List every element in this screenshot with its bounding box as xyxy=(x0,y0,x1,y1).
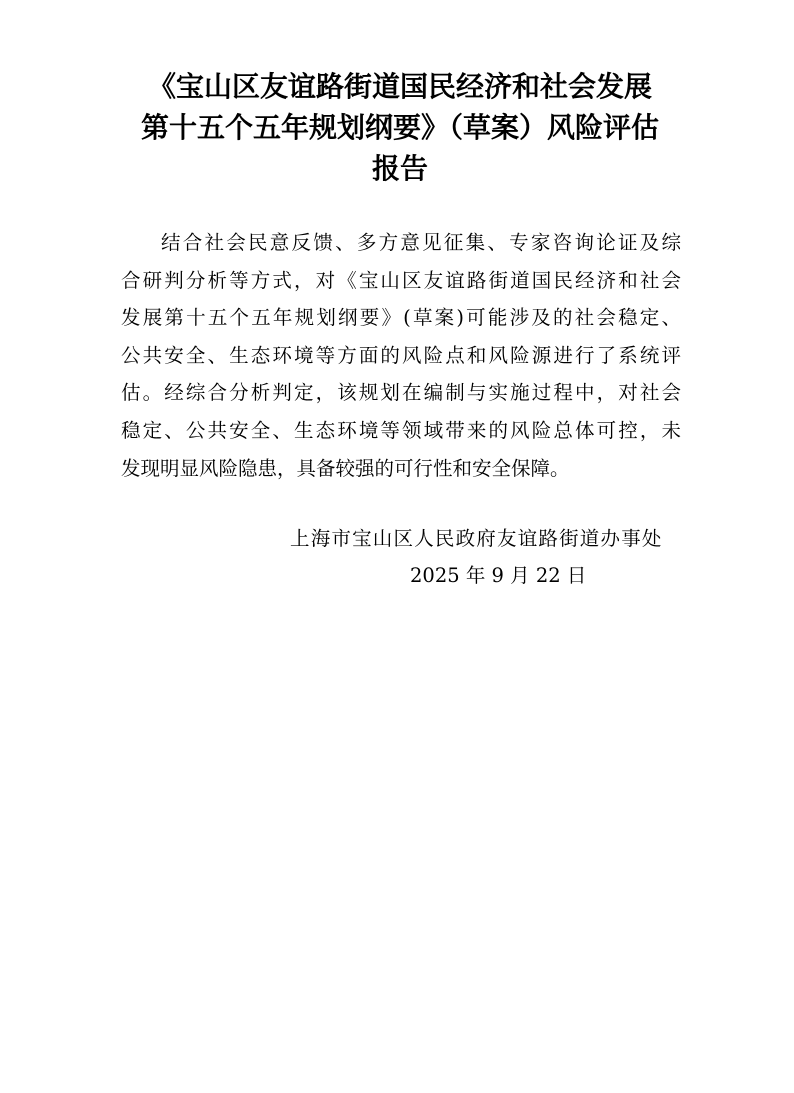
document-page: 《宝山区友谊路街道国民经济和社会发展 第十五个五年规划纲要》（草案）风险评估 报… xyxy=(0,0,794,1093)
issuing-organization: 上海市宝山区人民政府友谊路街道办事处 xyxy=(290,520,680,557)
body-line-7: 发现明显风险隐患，具备较强的可行性和安全保障。 xyxy=(121,450,681,488)
body-line-5: 估。经综合分析判定，该规划在编制与实施过程中，对社会 xyxy=(121,374,681,412)
body-line-2: 合研判分析等方式，对《宝山区友谊路街道国民经济和社会 xyxy=(121,262,681,300)
document-title: 《宝山区友谊路街道国民经济和社会发展 第十五个五年规划纲要》（草案）风险评估 报… xyxy=(110,66,690,189)
body-line-1: 结合社会民意反馈、多方意见征集、专家咨询论证及综 xyxy=(121,224,681,262)
body-line-4: 公共安全、生态环境等方面的风险点和风险源进行了系统评 xyxy=(121,337,681,375)
title-line-1: 《宝山区友谊路街道国民经济和社会发展 xyxy=(110,66,690,107)
title-line-3: 报告 xyxy=(110,148,690,189)
body-line-6: 稳定、公共安全、生态环境等领域带来的风险总体可控，未 xyxy=(121,412,681,450)
body-line-3: 发展第十五个五年规划纲要》(草案)可能涉及的社会稳定、 xyxy=(121,299,681,337)
body-paragraph: 结合社会民意反馈、多方意见征集、专家咨询论证及综 合研判分析等方式，对《宝山区友… xyxy=(121,224,681,487)
issue-date: 2025 年 9 月 22 日 xyxy=(290,557,680,594)
signature-block: 上海市宝山区人民政府友谊路街道办事处 2025 年 9 月 22 日 xyxy=(290,520,680,594)
title-line-2: 第十五个五年规划纲要》（草案）风险评估 xyxy=(110,107,690,148)
